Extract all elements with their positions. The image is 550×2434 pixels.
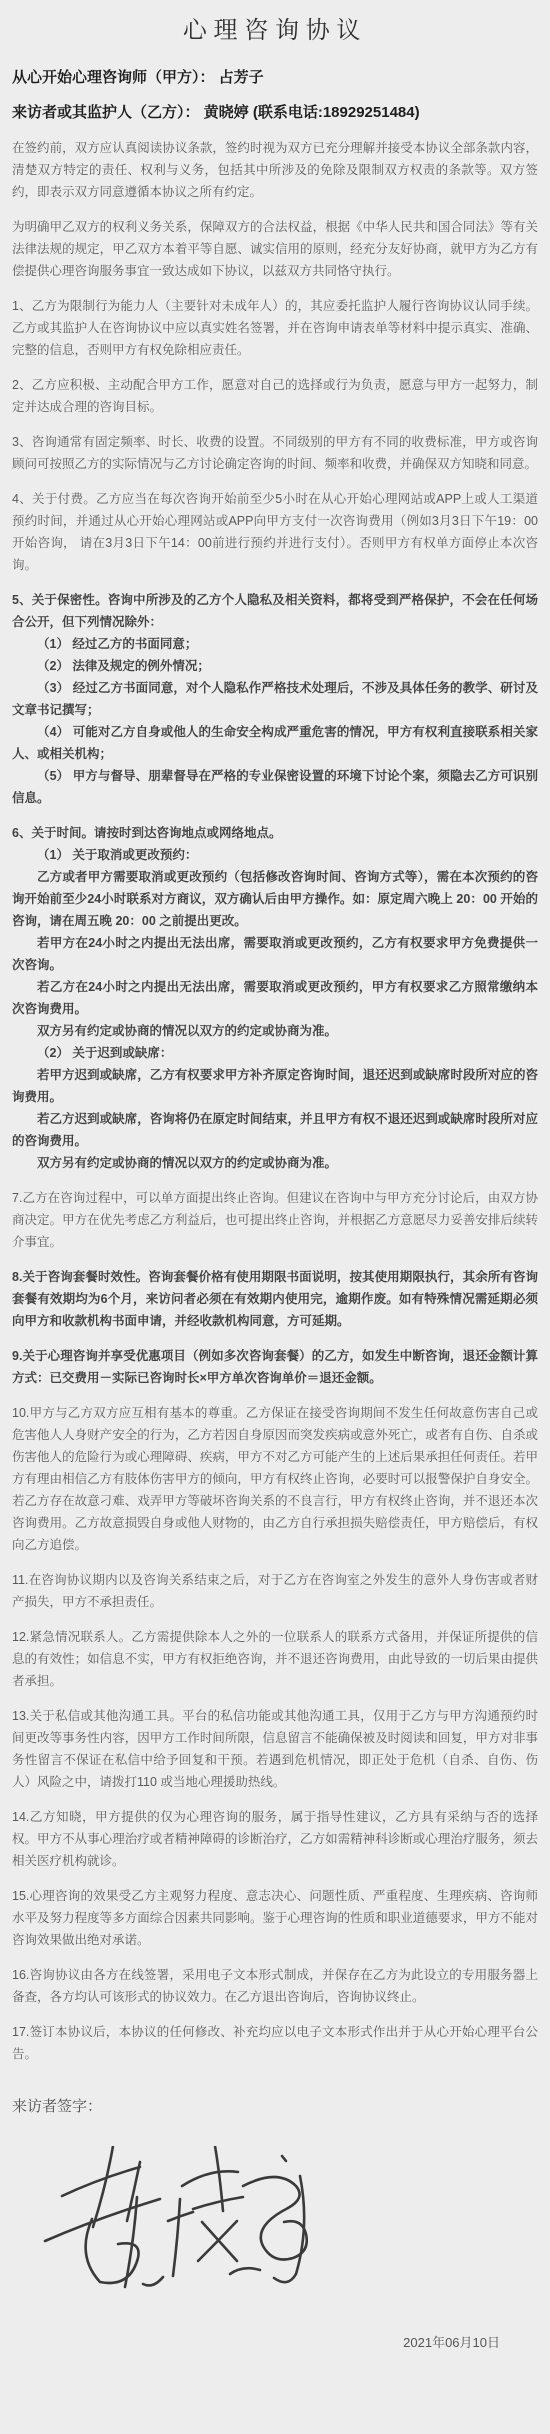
- clause-6-header: 6、关于时间。请按时到达咨询地点或网络地点。: [12, 822, 538, 844]
- page-title: 心理咨询协议: [12, 10, 538, 45]
- visitor-signature-label: 来访者签字：: [12, 2095, 538, 2116]
- clause-17: 17.签订本协议后，本协议的任何修改、补充均应以电子文本形式作出并于从心开始心理…: [12, 2021, 538, 2065]
- clause-1: 1、乙方为限制行为能力人（主要针对未成年人）的，其应委托监护人履行咨询协议认同手…: [12, 295, 538, 361]
- clause-5-item-1: （1） 经过乙方的书面同意；: [12, 633, 538, 655]
- clause-6-item-1-text-3: 若乙方在24小时之内提出无法出席，需要取消或更改预约，甲方有权要求乙方照常缴纳本…: [12, 976, 538, 1020]
- clause-6-item-1-text-4: 双方另有约定或协商的情况以双方的约定或协商为准。: [12, 1020, 538, 1042]
- clause-5-item-4: （4） 可能对乙方自身或他人的生命安全构成严重危害的情况，甲方有权利直接联系相关…: [12, 721, 538, 765]
- clause-3: 3、咨询通常有固定频率、时长、收费的设置。不同级别的甲方有不同的收费标准，甲方或…: [12, 431, 538, 475]
- clause-15: 15.心理咨询的效果受乙方主观努力程度、意志决心、问题性质、严重程度、生理疾病、…: [12, 1885, 538, 1951]
- clause-16: 16.咨询协议由各方在线签署，采用电子文本形式制成，并保存在乙方为此设立的专用服…: [12, 1964, 538, 2008]
- party-a-line: 从心开始心理咨询师（甲方）： 占芳子: [12, 67, 538, 89]
- clause-6-item-2-text-3: 双方另有约定或协商的情况以双方的约定或协商为准。: [12, 1152, 538, 1174]
- clause-14: 14.乙方知晓，甲方提供的仅为心理咨询的服务，属于指导性建议，乙方具有采纳与否的…: [12, 1806, 538, 1872]
- clause-6-item-2-text-2: 若乙方迟到或缺席，咨询将仍在原定时间结束，并且甲方有权不退还迟到或缺席时段所对应…: [12, 1108, 538, 1152]
- clause-5-header: 5、关于保密性。咨询中所涉及的乙方个人隐私及相关资料，都将受到严格保护，不会在任…: [12, 589, 538, 633]
- party-b-line: 来访者或其监护人（乙方）： 黄晓婷 (联系电话:18929251484): [12, 102, 538, 124]
- clause-2: 2、乙方应积极、主动配合甲方工作，愿意对自己的选择或行为负责，愿意与甲方一起努力…: [12, 374, 538, 418]
- clause-6-item-1-header: （1） 关于取消或更改预约：: [12, 844, 538, 866]
- clause-10: 10.甲方与乙方双方应互相有基本的尊重。乙方保证在接受咨询期间不发生任何故意伤害…: [12, 1402, 538, 1556]
- intro-paragraph-2: 为明确甲乙双方的权利义务关系，保障双方的合法权益，根据《中华人民共和国合同法》等…: [12, 216, 538, 282]
- clause-5-item-5: （5） 甲方与督导、朋辈督导在严格的专业保密设置的环境下讨论个案，须隐去乙方可识…: [12, 765, 538, 809]
- handwritten-signature: [38, 2146, 308, 2296]
- clause-11: 11.在咨询协议期内以及咨询关系结束之后，对于乙方在咨询室之外发生的意外人身伤害…: [12, 1569, 538, 1613]
- clause-8: 8.关于咨询套餐时效性。咨询套餐价格有使用期限书面说明，按其使用期限执行，其余所…: [12, 1266, 538, 1332]
- clause-6-item-2-text-1: 若甲方迟到或缺席，乙方有权要求甲方补齐原定咨询时间，退还迟到或缺席时段所对应的咨…: [12, 1064, 538, 1108]
- clause-5-item-2: （2） 法律及规定的例外情况；: [12, 655, 538, 677]
- clause-5-item-3: （3） 经过乙方书面同意，对个人隐私作严格技术处理后，不涉及具体任务的教学、研讨…: [12, 677, 538, 721]
- clause-6-item-1-text-2: 若甲方在24小时之内提出无法出席，需要取消或更改预约，乙方有权要求甲方免费提供一…: [12, 932, 538, 976]
- intro-paragraph-1: 在签约前，双方应认真阅读协议条款，签约时视为双方已充分理解并接受本协议全部条款内…: [12, 137, 538, 203]
- clause-12: 12.紧急情况联系人。乙方需提供除本人之外的一位联系人的联系方式备用，并保证所提…: [12, 1626, 538, 1692]
- clause-7: 7.乙方在咨询过程中，可以单方面提出终止咨询。但建议在咨询中与甲方充分讨论后，由…: [12, 1187, 538, 1253]
- clause-6-item-2-header: （2） 关于迟到或缺席：: [12, 1042, 538, 1064]
- signature-date: 2021年06月10日: [12, 2332, 538, 2351]
- signature-ink-strokes: [38, 2146, 308, 2296]
- clause-4: 4、关于付费。乙方应当在每次咨询开始前至少5小时在从心开始心理网站或APP上或人…: [12, 488, 538, 576]
- agreement-document: 心理咨询协议 从心开始心理咨询师（甲方）： 占芳子 来访者或其监护人（乙方）： …: [0, 0, 550, 2434]
- clause-13: 13.关于私信或其他沟通工具。平台的私信功能或其他沟通工具，仅用于乙方与甲方沟通…: [12, 1705, 538, 1793]
- clause-6-item-1-text-1: 乙方或者甲方需要取消或更改预约（包括修改咨询时间、咨询方式等），需在本次预约的咨…: [12, 866, 538, 932]
- clause-9: 9.关于心理咨询并享受优惠项目（例如多次咨询套餐）的乙方，如发生中断咨询，退还金…: [12, 1345, 538, 1389]
